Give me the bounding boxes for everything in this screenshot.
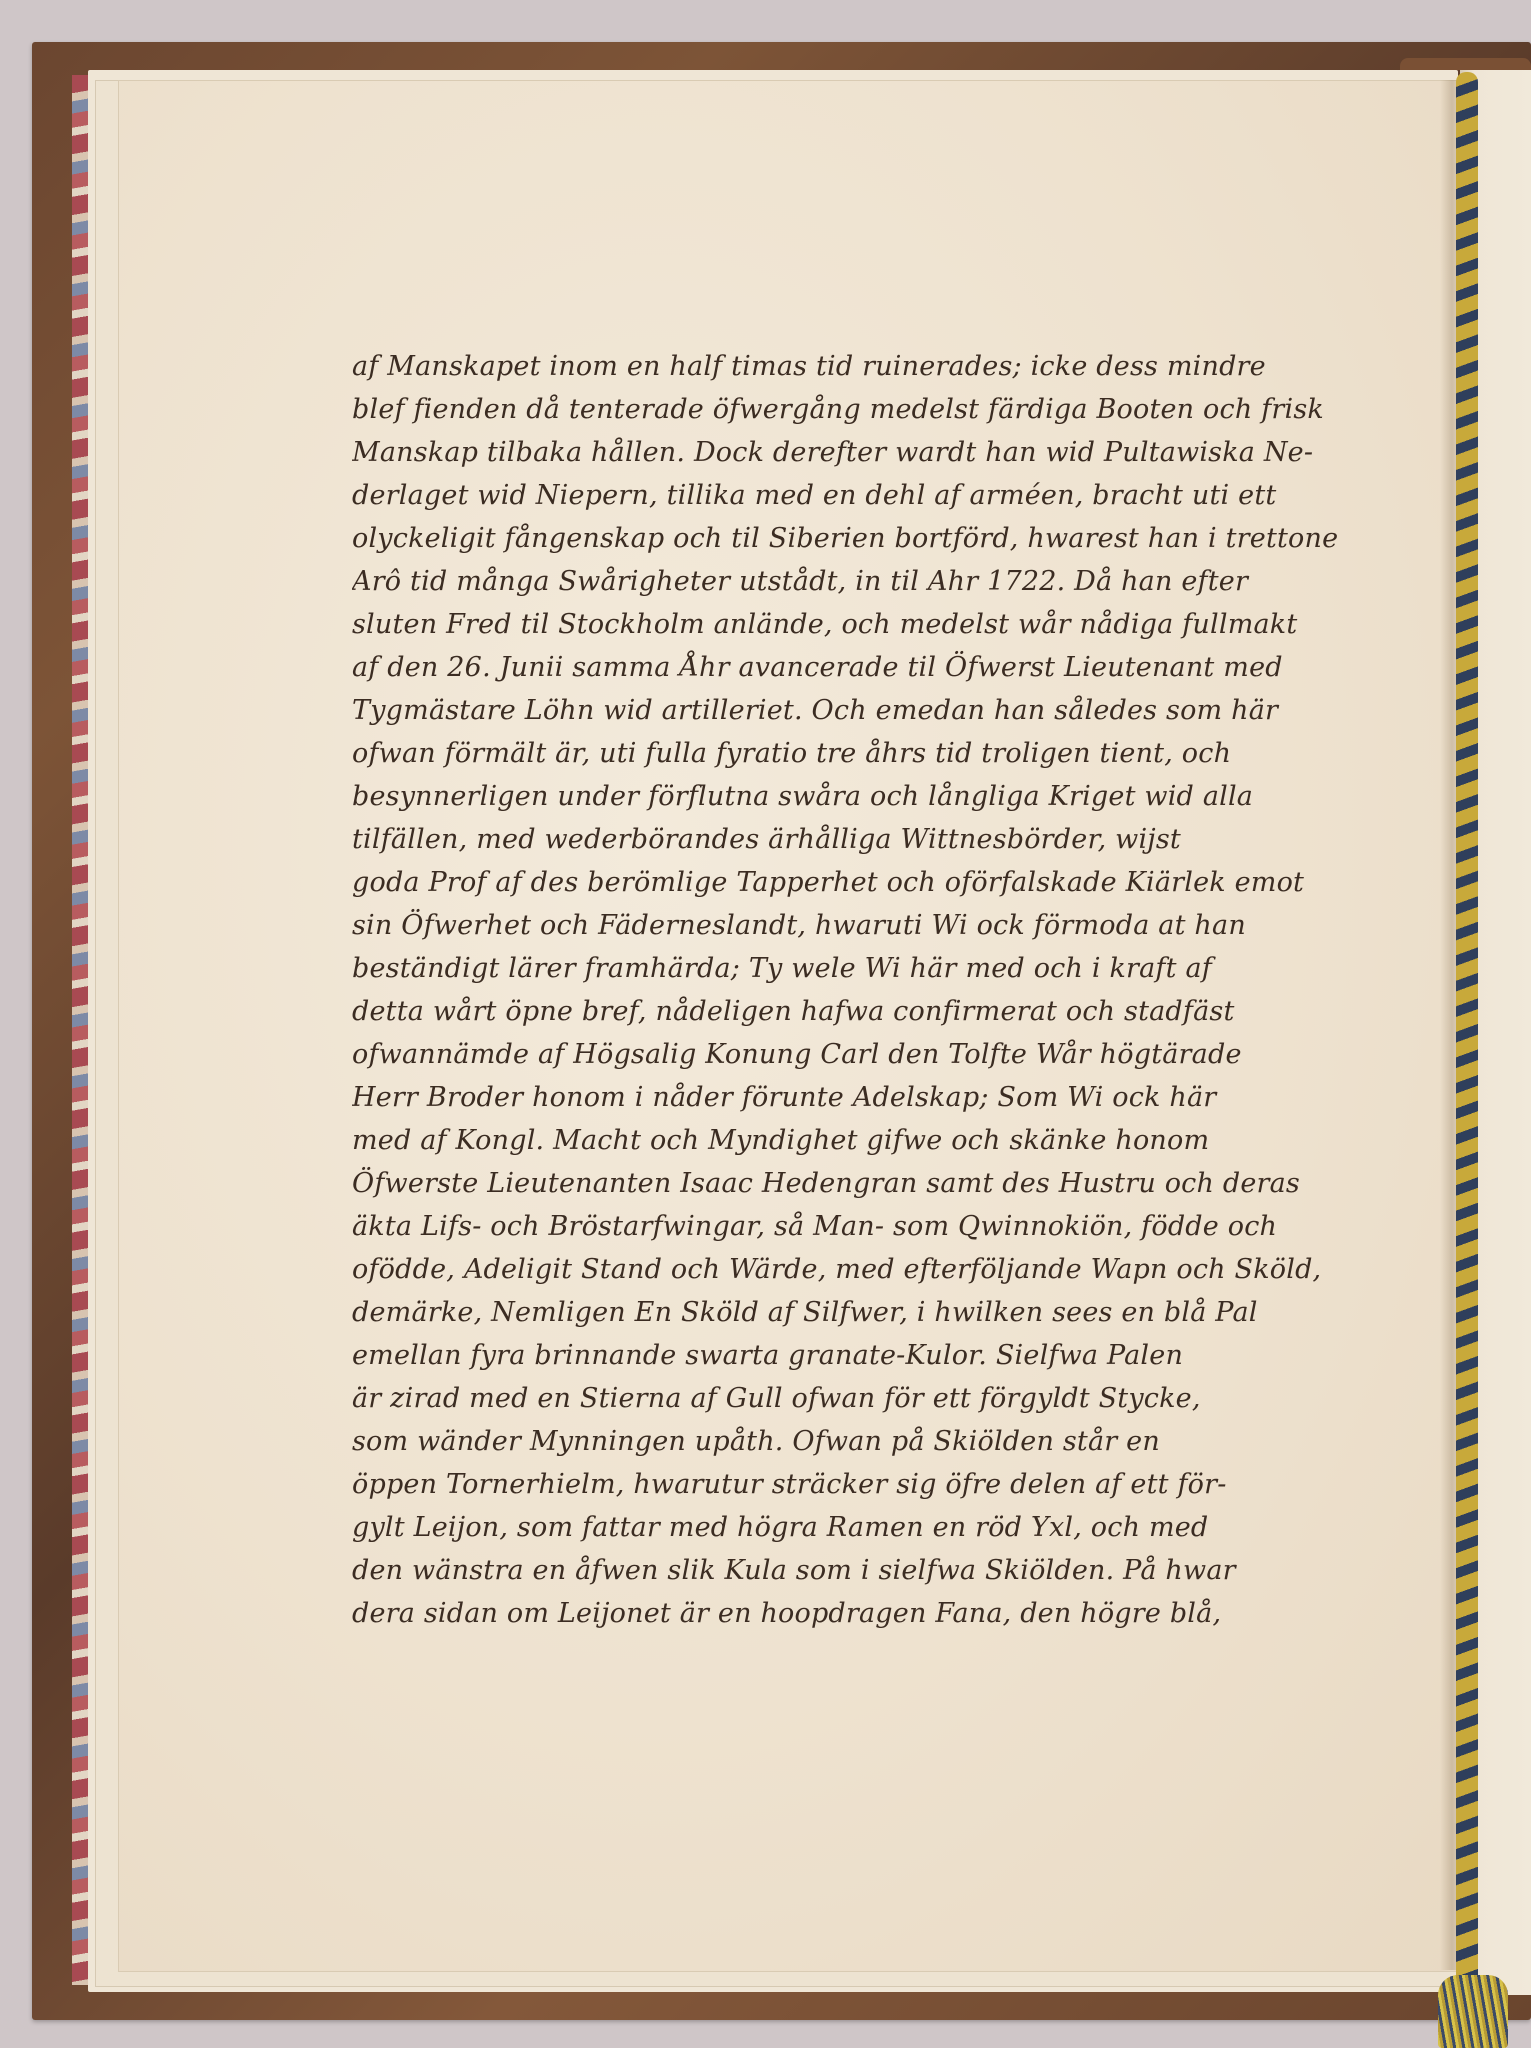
book-cover-right-edge: [1400, 58, 1531, 70]
text-line: Arô tid många Swårigheter utstådt, in ti…: [352, 560, 1377, 603]
text-line: derlaget wid Niepern, tillika med en deh…: [352, 474, 1377, 517]
text-line: emellan fyra brinnande swarta granate-Ku…: [352, 1334, 1377, 1377]
text-line: äkta Lifs- och Bröstarfwingar, så Man- s…: [352, 1205, 1377, 1248]
text-line: besynnerligen under förflutna swåra och …: [352, 775, 1377, 818]
text-line: Herr Broder honom i nåder förunte Adelsk…: [352, 1076, 1377, 1119]
text-line: sin Öfwerhet och Fäderneslandt, hwaruti …: [352, 904, 1377, 947]
text-line: ofödde, Adeligit Stand och Wärde, med ef…: [352, 1248, 1377, 1291]
text-line: af den 26. Junii samma Åhr avancerade ti…: [352, 646, 1377, 689]
text-line: den wänstra en åfwen slik Kula som i sie…: [352, 1549, 1377, 1592]
text-line: demärke, Nemligen En Sköld af Silfwer, i…: [352, 1291, 1377, 1334]
text-line: öppen Tornerhielm, hwarutur sträcker sig…: [352, 1463, 1377, 1506]
handwritten-text-block: af Manskapet inom en half timas tid ruin…: [352, 345, 1377, 1635]
text-line: ofwannämde af Högsalig Konung Carl den T…: [352, 1033, 1377, 1076]
text-line: blef fienden då tenterade öfwergång mede…: [352, 388, 1377, 431]
text-line: ofwan förmält är, uti fulla fyratio tre …: [352, 732, 1377, 775]
text-line: goda Prof af des berömlige Tapperhet och…: [352, 861, 1377, 904]
text-line: Tygmästare Löhn wid artilleriet. Och eme…: [352, 689, 1377, 732]
text-line: Öfwerste Lieutenanten Isaac Hedengran sa…: [352, 1162, 1377, 1205]
text-line: dera sidan om Leijonet är en hoopdragen …: [352, 1592, 1377, 1635]
text-line: af Manskapet inom en half timas tid ruin…: [352, 345, 1377, 388]
text-line: med af Kongl. Macht och Myndighet gifwe …: [352, 1119, 1377, 1162]
text-line: olyckeligit fångenskap och til Siberien …: [352, 517, 1377, 560]
binding-cord: [1456, 72, 1478, 2048]
text-line: beständigt lärer framhärda; Ty wele Wi h…: [352, 947, 1377, 990]
text-line: Manskap tilbaka hållen. Dock derefter wa…: [352, 431, 1377, 474]
text-line: sluten Fred til Stockholm anlände, och m…: [352, 603, 1377, 646]
text-line: tilfällen, med wederbörandes ärhålliga W…: [352, 818, 1377, 861]
text-line: detta wårt öpne bref, nådeligen hafwa co…: [352, 990, 1377, 1033]
text-line: är zirad med en Stierna af Gull ofwan fö…: [352, 1377, 1377, 1420]
cord-tassel: [1438, 1975, 1508, 2048]
text-line: gylt Leijon, som fattar med högra Ramen …: [352, 1506, 1377, 1549]
text-line: som wänder Mynningen upåth. Ofwan på Ski…: [352, 1420, 1377, 1463]
